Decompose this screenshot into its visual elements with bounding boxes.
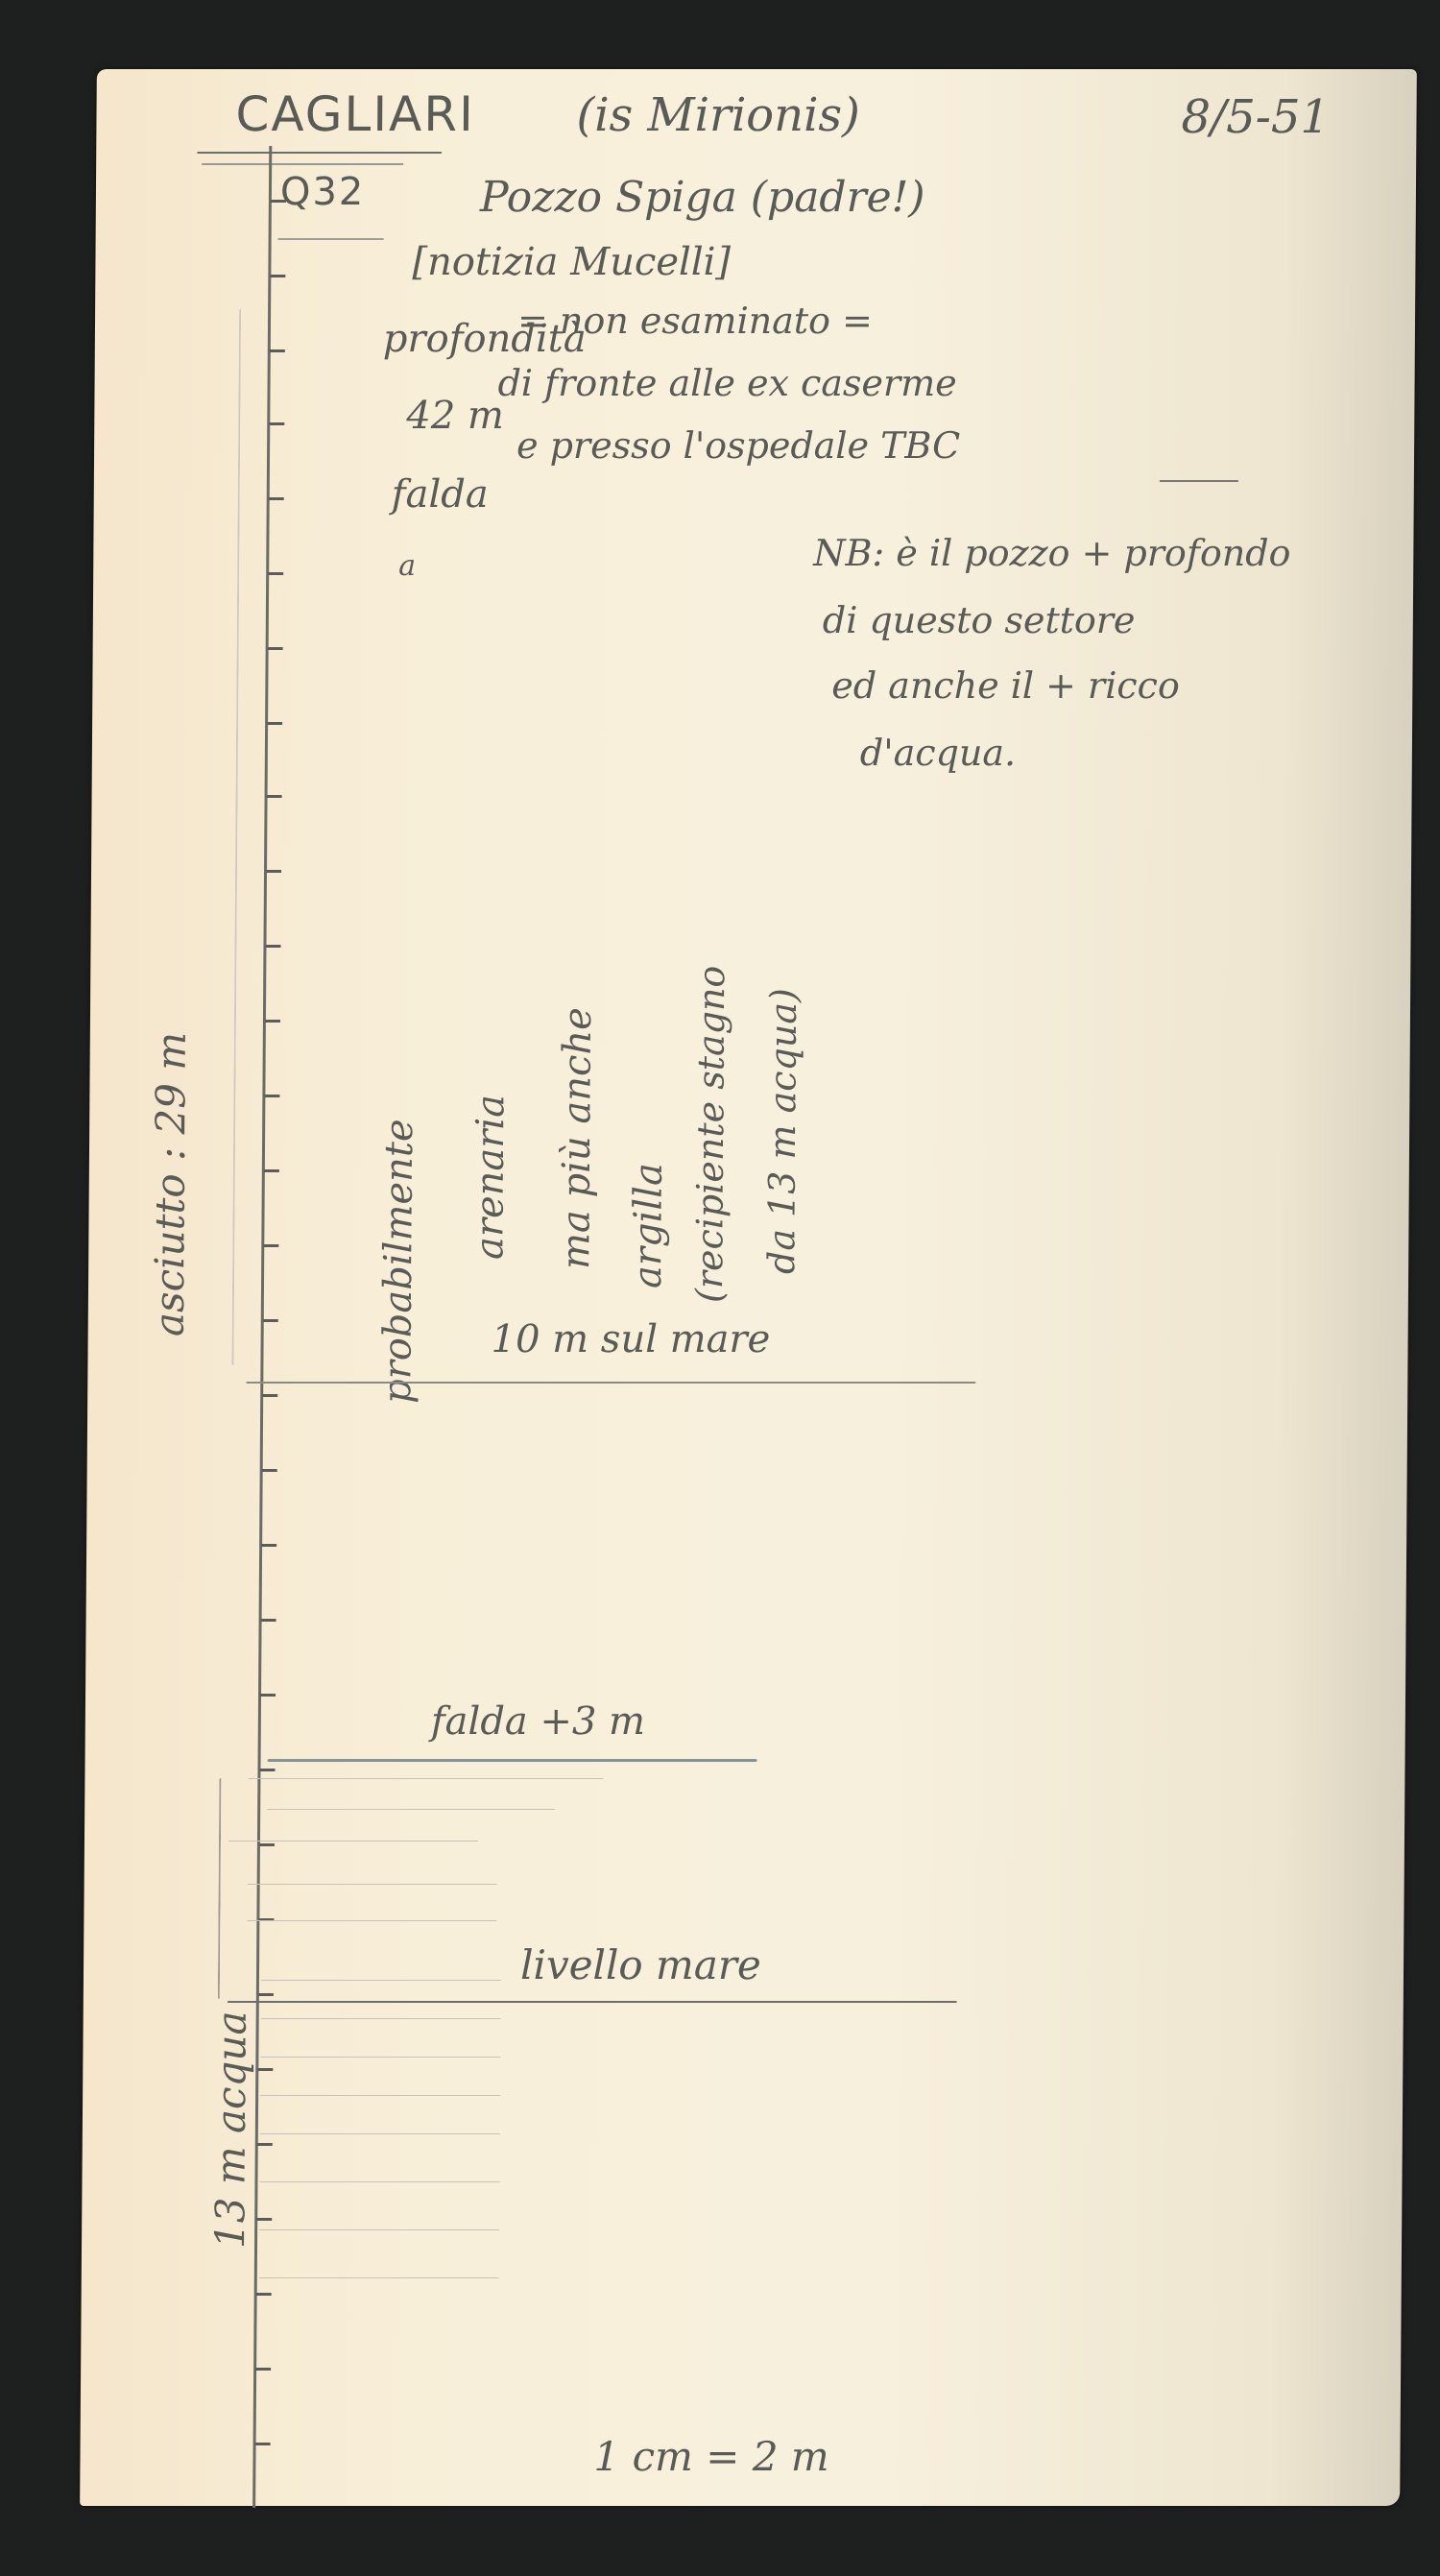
depth-label-4: a	[398, 549, 416, 583]
axis-tick	[262, 1394, 277, 1397]
note-line-2: di fronte alle ex caserme	[497, 362, 956, 404]
axis-tick	[265, 945, 280, 948]
axis-tick	[256, 2218, 272, 2221]
axis-tick	[270, 275, 285, 277]
axis-tick	[267, 722, 282, 725]
axis-tick	[267, 795, 282, 798]
axis-tick	[263, 1244, 278, 1247]
scale-label: 1 cm = 2 m	[593, 2433, 829, 2480]
water-hatch-line	[259, 2277, 499, 2278]
lithology-note-5: (recipiente stagno	[688, 966, 732, 1303]
place-title-underline	[202, 163, 403, 165]
note-line-6: ed anche il + ricco	[831, 664, 1180, 707]
water-table-line	[268, 1759, 757, 1762]
water-hatch-line	[228, 1841, 478, 1842]
axis-tick	[262, 1469, 277, 1472]
sea-level-line	[228, 2001, 957, 2003]
depth-label-1: profondità	[383, 317, 587, 361]
sea-level-label: livello mare	[520, 1941, 761, 1988]
tbc-underline	[1160, 480, 1238, 482]
water-hatch-line	[259, 2229, 499, 2230]
water-span-brace	[218, 1778, 222, 1999]
axis-tick	[270, 349, 285, 352]
axis-tick	[266, 870, 281, 873]
water-hatch-line	[260, 2095, 500, 2096]
water-span-label: 13 m acqua	[206, 2010, 255, 2249]
water-hatch-line	[259, 2181, 499, 2182]
axis-tick	[255, 2443, 271, 2445]
axis-tick	[259, 1843, 275, 1846]
dry-span-brace	[231, 309, 241, 1365]
axis-tick	[255, 2368, 271, 2371]
axis-tick	[271, 200, 286, 203]
water-hatch-line	[260, 2057, 500, 2058]
depth-label-2: 42 m	[406, 394, 504, 438]
water-hatch-line	[260, 2133, 500, 2134]
lithology-note-1: probabilmente	[375, 1119, 421, 1404]
water-hatch-line	[248, 1884, 497, 1885]
axis-tick	[261, 1619, 276, 1622]
axis-tick	[263, 1319, 278, 1322]
level-label-10m: 10 m sul mare	[491, 1317, 770, 1361]
axis-tick	[268, 572, 283, 575]
axis-tick	[257, 2068, 273, 2071]
lithology-note-3: ma più anche	[554, 1007, 600, 1269]
water-hatch-line	[248, 1778, 603, 1779]
water-table-label: falda +3 m	[431, 1699, 646, 1744]
axis-tick	[258, 1993, 274, 1996]
place-title: CAGLIARI	[235, 86, 475, 142]
axis-tick	[264, 1169, 279, 1172]
date-label: 8/5-51	[1181, 90, 1330, 144]
notebook-page: CAGLIARI (is Mirionis) 8/5-51 Q32 Pozzo …	[80, 69, 1417, 2506]
axis-tick	[269, 422, 284, 425]
lithology-note-6: da 13 m acqua)	[760, 988, 804, 1274]
water-hatch-line	[267, 1809, 555, 1810]
axis-tick	[264, 1095, 279, 1097]
dry-span-label: asciutto : 29 m	[146, 1032, 195, 1336]
axis-tick	[269, 497, 284, 500]
axis-tick	[260, 1694, 276, 1697]
note-line-3: e presso l'ospedale TBC	[516, 424, 960, 467]
axis-tick	[268, 647, 283, 650]
axis-tick	[256, 2293, 272, 2296]
water-hatch-line	[261, 1980, 501, 1981]
water-hatch-line	[261, 2018, 501, 2019]
code-underline	[278, 238, 384, 240]
well-name: Pozzo Spiga (padre!)	[480, 173, 925, 222]
note-line-5: di questo settore	[823, 599, 1136, 641]
water-hatch-line	[247, 1920, 496, 1921]
top-ground-line	[197, 152, 442, 154]
axis-tick	[259, 1769, 275, 1771]
depth-axis	[252, 146, 272, 2508]
depth-label-3: falda	[392, 472, 489, 517]
line-10m-above-sea	[246, 1382, 975, 1384]
source-note: [notizia Mucelli]	[412, 240, 731, 284]
axis-tick	[265, 1020, 280, 1023]
code-label: Q32	[280, 170, 366, 214]
locality-label: (is Mirionis)	[576, 88, 860, 142]
axis-tick	[261, 1544, 276, 1547]
axis-tick	[257, 2143, 273, 2146]
note-line-4: NB: è il pozzo + profondo	[813, 532, 1290, 574]
lithology-note-4: argilla	[626, 1163, 671, 1288]
lithology-note-2: arenaria	[468, 1095, 513, 1260]
note-line-7: d'acqua.	[860, 732, 1017, 774]
